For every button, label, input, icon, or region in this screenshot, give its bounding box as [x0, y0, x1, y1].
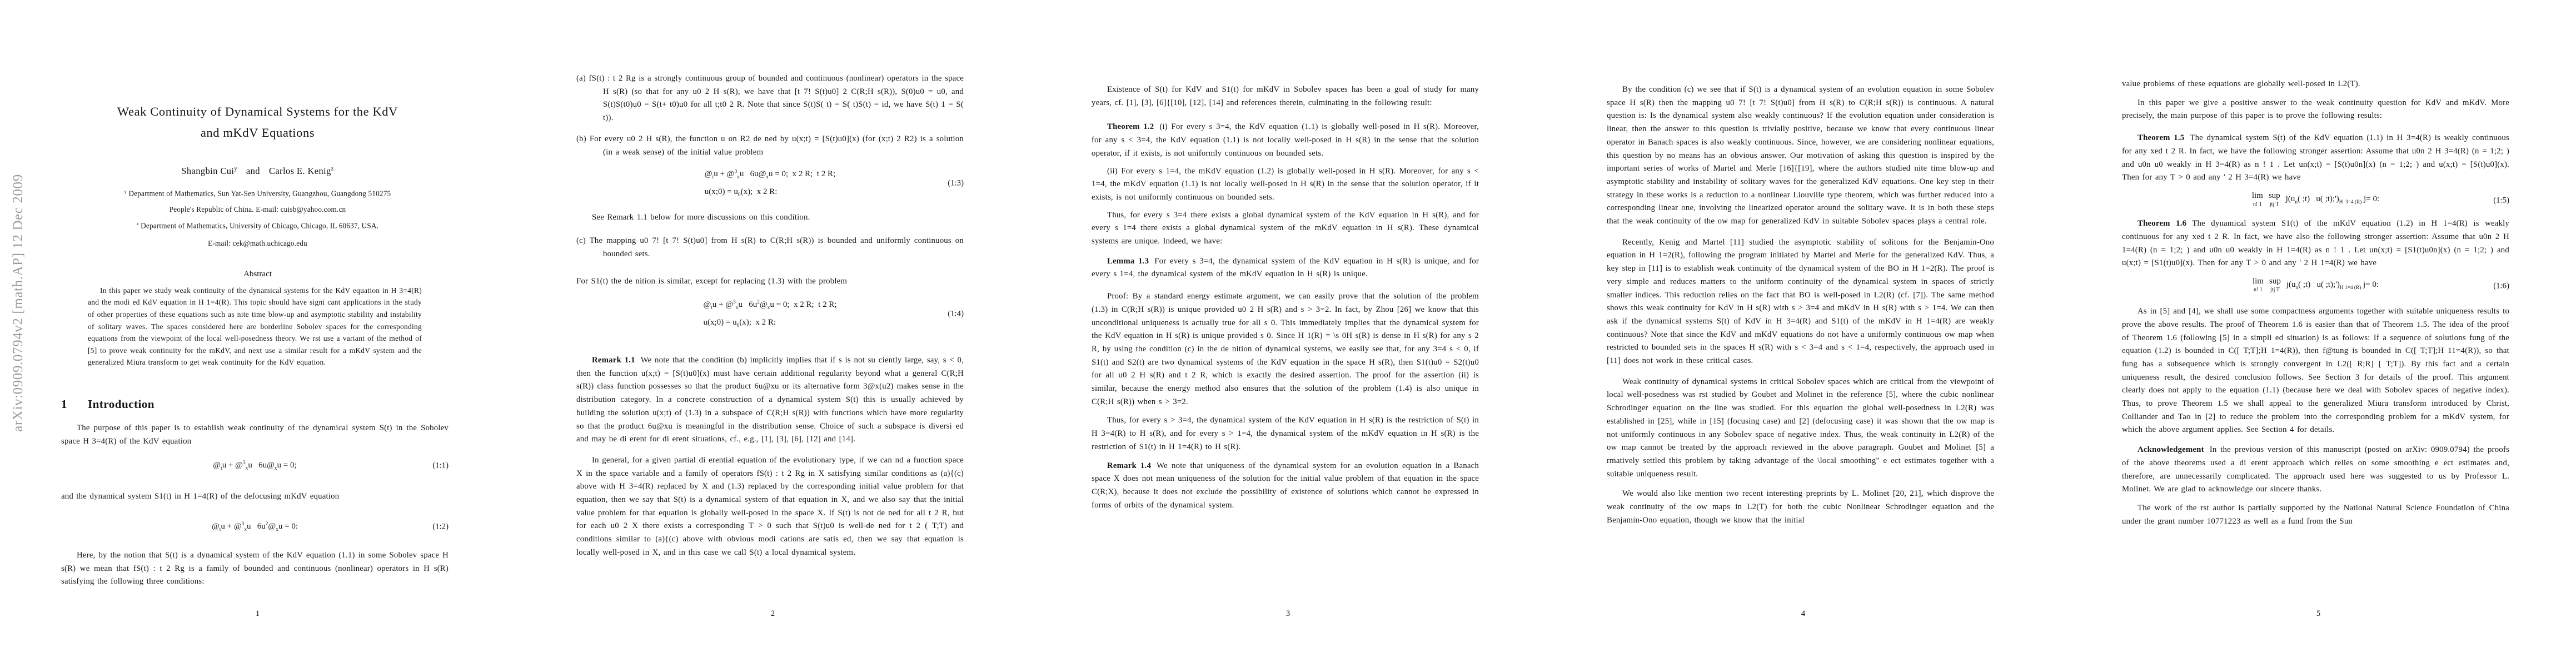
remark-1-1-text: We note that the condition (b) implicitl…	[576, 356, 964, 444]
equation-1-3-number: (1:3)	[948, 179, 964, 188]
sup-underscript: jtj T	[2270, 287, 2280, 293]
author-2-mark: z	[331, 166, 334, 172]
page-number: 1	[0, 609, 515, 619]
page-number: 3	[1030, 609, 1546, 619]
body-paragraph-2: Recently, Kenig and Martel [11] studied …	[1607, 236, 1994, 368]
remark-1-1-label: Remark 1.1	[592, 356, 635, 365]
equation-1-5-number: (1:5)	[2493, 196, 2509, 205]
equation-1-4: @tu + @3xu 6u2@xu = 0; x 2 R; t 2 R; u(x…	[576, 295, 964, 333]
affiliation-1: y Department of Mathematics, Sun Yat-Sen…	[0, 189, 515, 198]
body-paragraph-1: By the condition (c) we see that if S(t)…	[1607, 83, 1994, 228]
page-5: value problems of these equations are gl…	[2061, 0, 2576, 667]
in-general-paragraph: In general, for a given partial di erent…	[576, 454, 964, 560]
theorem-1-2-part-ii: (ii) For every s 1=4, the mKdV equation …	[1092, 165, 1479, 205]
arxiv-watermark: arXiv:0909.0794v2 [math.AP] 12 Dec 2009	[11, 101, 29, 505]
intro-paragraph-3: Here, by the notion that S(t) is a dynam…	[61, 549, 449, 589]
section-heading-introduction: 1Introduction	[61, 397, 515, 411]
affiliation-2-mark: z	[137, 221, 139, 226]
theorem-1-2-label: Theorem 1.2	[1107, 122, 1154, 131]
page-number: 5	[2061, 609, 2576, 619]
affiliation-2-line2: E-mail: cek@math.uchicago.edu	[0, 239, 515, 248]
equation-1-2: @tu + @3xu 6u2@xu = 0: (1:2)	[61, 517, 449, 537]
lemma-1-3-text: For every s 3=4, the dynamical system of…	[1092, 257, 1479, 279]
paper-title: Weak Continuity of Dynamical Systems for…	[33, 101, 482, 143]
see-remark-note: See Remark 1.1 below for more discussion…	[576, 211, 964, 225]
funding-paragraph: The work of the rst author is partially …	[2122, 502, 2509, 528]
body-paragraph-1: value problems of these equations are gl…	[2122, 78, 2509, 91]
authors-separator: and	[246, 166, 260, 176]
equation-1-6-number: (1:6)	[2493, 281, 2509, 291]
paper-title-line1: Weak Continuity of Dynamical Systems for…	[33, 101, 482, 122]
page-number: 4	[1546, 609, 2061, 619]
affiliation-2-text: Department of Mathematics, University of…	[141, 222, 378, 230]
sup-operator: supjtj T	[2269, 191, 2280, 208]
theorem-1-6: Theorem 1.6The dynamical system S1(t) of…	[2122, 217, 2509, 270]
equation-1-2-number: (1:2)	[432, 522, 449, 532]
page-2: (a) fS(t) : t 2 Rg is a strongly continu…	[515, 0, 1030, 667]
lemma-1-3: Lemma 1.3For every s 3=4, the dynamical …	[1092, 255, 1479, 281]
for-s1-paragraph: For S1(t) the de nition is similar, exce…	[576, 275, 964, 288]
equation-1-6: limn! 1supjtj Tj(un( ;t) u( ;t);')H 1=4 …	[2122, 277, 2509, 295]
affiliation-1-text: Department of Mathematics, Sun Yat-Sen U…	[128, 189, 391, 197]
theorem-1-6-label: Theorem 1.6	[2137, 219, 2186, 228]
theorem-1-5: Theorem 1.5The dynamical system S(t) of …	[2122, 132, 2509, 185]
equation-1-4-number: (1:4)	[948, 310, 964, 319]
lemma-1-3-label: Lemma 1.3	[1107, 257, 1149, 266]
existence-paragraph: Existence of S(t) for KdV and S1(t) for …	[1092, 83, 1479, 109]
lim-underscript: n! 1	[2253, 201, 2262, 207]
sup-symbol: sup	[2269, 191, 2280, 201]
section-title: Introduction	[88, 397, 155, 411]
equation-1-1-formula: @tu + @3xu 6u@xu = 0;	[213, 461, 296, 470]
affiliation-2: z Department of Mathematics, University …	[0, 221, 515, 230]
body-paragraph-3: Weak continuity of dynamical systems in …	[1607, 376, 1994, 481]
affiliation-1-mark: y	[124, 189, 127, 194]
acknowledgement: AcknowledgementIn the previous version o…	[2122, 444, 2509, 496]
paper-canvas: arXiv:0909.0794v2 [math.AP] 12 Dec 2009 …	[0, 0, 2576, 667]
intro-paragraph-1: The purpose of this paper is to establis…	[61, 422, 449, 448]
author-1-mark: y	[234, 166, 237, 172]
affiliation-1-line2: People's Republic of China. E-mail: cuis…	[0, 205, 515, 214]
equation-1-3-line1: @tu + @3xu 6u@xu = 0; x 2 R; t 2 R;	[705, 165, 835, 185]
equation-1-6-formula: j(un( ;t) u( ;t);')H 1=4 (R) j= 0:	[2286, 280, 2379, 289]
lim-symbol: lim	[2253, 277, 2264, 286]
remark-1-1: Remark 1.1We note that the condition (b)…	[576, 354, 964, 446]
lim-underscript: n! 1	[2254, 287, 2263, 293]
body-paragraph-2: In this paper we give a positive answer …	[2122, 97, 2509, 123]
page-3: Existence of S(t) for KdV and S1(t) for …	[1030, 0, 1546, 667]
sup-symbol: sup	[2269, 277, 2281, 286]
theorem-1-5-label: Theorem 1.5	[2137, 133, 2184, 142]
abstract-text: In this paper we study weak continuity o…	[88, 285, 422, 369]
condition-a: (a) fS(t) : t 2 Rg is a strongly continu…	[576, 72, 964, 125]
author-1: Shangbin Cui	[181, 166, 234, 176]
equation-1-5: limn! 1supjtj Tj(un( ;t) u( ;t);')H 3=4 …	[2122, 191, 2509, 210]
remark-1-4: Remark 1.4We note that uniqueness of the…	[1092, 460, 1479, 512]
limit-operator: limn! 1	[2253, 277, 2264, 293]
equation-1-3-line2: u(x;0) = u0(x); x 2 R:	[705, 185, 835, 202]
theorem-1-2: Theorem 1.2(i) For every s 3=4, the KdV …	[1092, 121, 1479, 160]
equation-1-4-line2: u(x;0) = u0(x); x 2 R:	[703, 315, 836, 333]
equation-1-3: @tu + @3xu 6u@xu = 0; x 2 R; t 2 R; u(x;…	[576, 165, 964, 202]
condition-b: (b) For every u0 2 H s(R), the function …	[576, 133, 964, 159]
page-1: arXiv:0909.0794v2 [math.AP] 12 Dec 2009 …	[0, 0, 515, 667]
intro-paragraph-2: and the dynamical system S1(t) in H 1=4(…	[61, 490, 449, 504]
thus-paragraph-2: Thus, for every s > 3=4, the dynamical s…	[1092, 414, 1479, 454]
equation-1-1-number: (1:1)	[432, 461, 449, 471]
sup-operator: supjtj T	[2269, 277, 2281, 293]
author-2: Carlos E. Kenig	[269, 166, 331, 176]
as-in-paragraph: As in [5] and [4], we shall use some com…	[2122, 305, 2509, 437]
equation-1-5-formula: j(un( ;t) u( ;t);')H 3=4 (R) j= 0:	[2286, 195, 2380, 203]
limit-operator: limn! 1	[2252, 191, 2263, 208]
sup-underscript: jtj T	[2270, 201, 2279, 207]
page-4: By the condition (c) we see that if S(t)…	[1546, 0, 2061, 667]
lim-symbol: lim	[2252, 191, 2263, 201]
abstract-heading: Abstract	[0, 270, 515, 279]
equation-1-2-formula: @tu + @3xu 6u2@xu = 0:	[212, 522, 298, 531]
body-paragraph-4: We would also like mention two recent in…	[1607, 487, 1994, 527]
equation-1-4-line1: @tu + @3xu 6u2@xu = 0; x 2 R; t 2 R;	[703, 295, 836, 315]
authors-line: Shangbin CuiyandCarlos E. Kenigz	[0, 166, 515, 177]
section-number: 1	[61, 397, 88, 411]
page-number: 2	[515, 609, 1030, 619]
paper-title-line2: and mKdV Equations	[33, 122, 482, 143]
condition-c: (c) The mapping u0 7! [t 7! S(t)u0] from…	[576, 235, 964, 261]
remark-1-4-label: Remark 1.4	[1107, 461, 1151, 470]
proof-lemma-1-3: Proof: By a standard energy estimate arg…	[1092, 290, 1479, 409]
equation-1-1: @tu + @3xu 6u@xu = 0; (1:1)	[61, 456, 449, 476]
thus-paragraph-1: Thus, for every s 3=4 there exists a glo…	[1092, 209, 1479, 248]
acknowledgement-label: Acknowledgement	[2137, 445, 2204, 454]
